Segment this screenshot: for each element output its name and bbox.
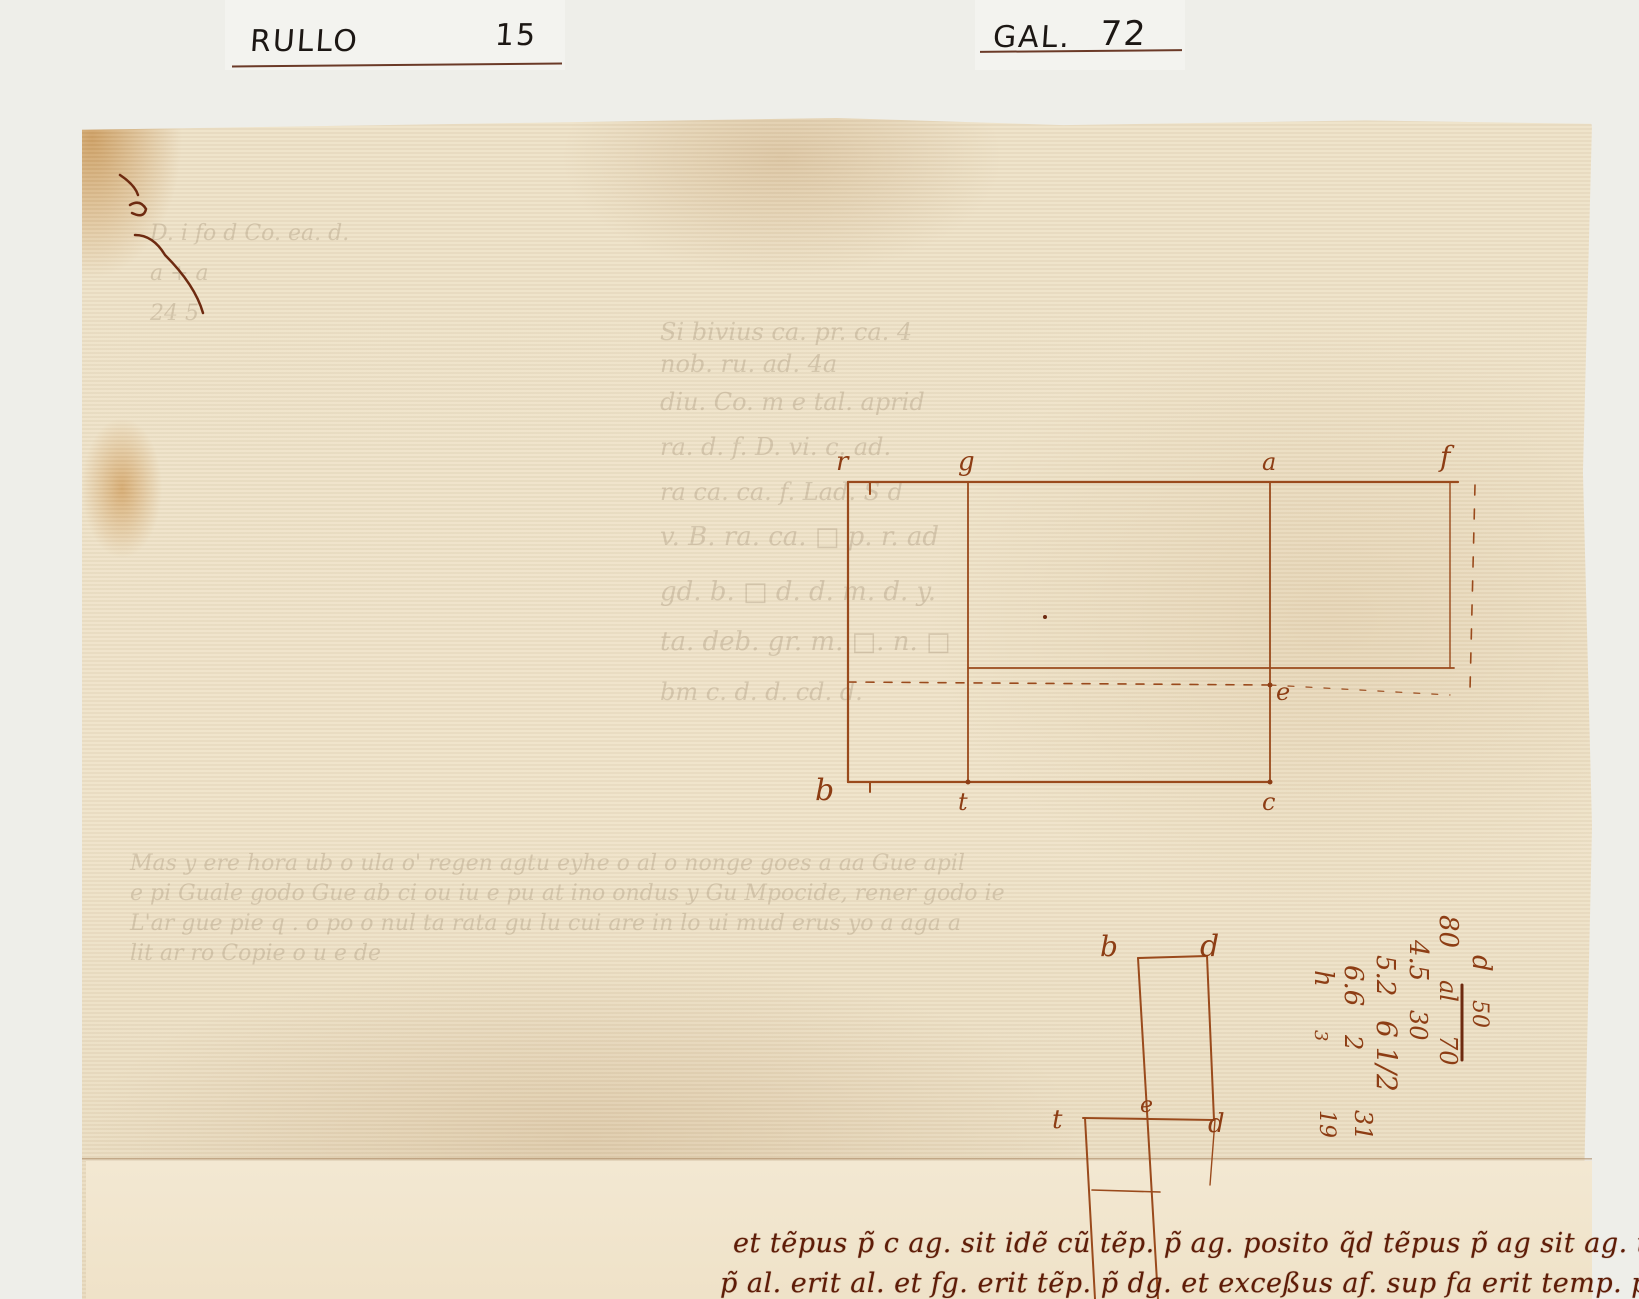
svg-text:h: h [1308,970,1338,987]
label-g: g [958,447,975,477]
svg-text:gd. b. □ d. d. m. d. y.: gd. b. □ d. d. m. d. y. [660,577,936,607]
calculation-notes: h 3 6.6 2 5.2 6 1/2 4.5 30 80 al 70 d 50… [1308,915,1496,1141]
svg-text:lit ar ro Copie o u e de: lit ar ro Copie o u e de [130,941,381,966]
label-small-t: t [1052,1105,1063,1135]
manuscript-text-line-2: p̃ al. erit al. et fg. erit tẽp. p̃ dg. … [720,1268,1639,1299]
svg-text:diu. Co. m e tal. aprid: diu. Co. m e tal. aprid [660,388,925,416]
svg-text:ra. d. f. D. vi. c. ad.: ra. d. f. D. vi. c. ad. [660,433,891,461]
manuscript-ink-layer: Si bivius ca. pr. ca. 4 nob. ru. ad. 4a … [0,0,1639,1299]
svg-text:v. B. ra. ca. □ p. r. ad: v. B. ra. ca. □ p. r. ad [660,522,939,552]
label-e: e [1276,678,1290,706]
bleed-through-text: Si bivius ca. pr. ca. 4 nob. ru. ad. 4a … [129,221,1005,966]
label-c: c [1262,788,1275,816]
svg-text:80: 80 [1433,915,1463,948]
svg-text:Si bivius ca. pr. ca. 4: Si bivius ca. pr. ca. 4 [660,318,912,346]
svg-text:6.6: 6.6 [1338,965,1368,1006]
svg-text:31: 31 [1349,1110,1377,1141]
label-small-e: e [1140,1093,1153,1118]
svg-text:4.5: 4.5 [1403,939,1433,981]
svg-text:al: al [1434,980,1462,1002]
svg-text:Mas y ere hora ub o ula o' reg: Mas y ere hora ub o ula o' regen agtu ey… [129,851,965,876]
label-small-b: b [1100,930,1118,963]
svg-text:L'ar gue pie q . o po o nul ta: L'ar gue pie q . o po o nul ta rata gu l… [129,911,961,936]
label-small-d: d [1200,929,1219,964]
svg-text:d: d [1466,955,1496,972]
svg-text:2: 2 [1339,1034,1367,1050]
svg-text:e pi Guale godo Gue ab ci ou i: e pi Guale godo Gue ab ci ou iu e pu at … [130,881,1005,906]
label-f: f [1438,440,1455,473]
svg-text:a + a: a + a [150,261,209,286]
svg-text:30: 30 [1404,1010,1432,1041]
svg-text:70: 70 [1434,1035,1462,1066]
svg-text:D. i fo d Co. ea. d.: D. i fo d Co. ea. d. [149,221,349,246]
label-r: r [836,447,850,477]
svg-text:nob. ru. ad. 4a: nob. ru. ad. 4a [660,350,837,378]
label-b: b [815,773,834,808]
svg-text:24 5: 24 5 [149,301,199,326]
svg-text:5.2: 5.2 [1370,955,1400,996]
svg-text:3: 3 [1310,1030,1331,1041]
label-a: a [1262,448,1276,476]
svg-text:6 1/2: 6 1/2 [1370,1020,1403,1092]
svg-text:50: 50 [1467,1000,1492,1028]
svg-text:ta. deb. gr. m. □. n. □: ta. deb. gr. m. □. n. □ [660,627,951,657]
svg-text:19: 19 [1314,1110,1339,1138]
label-t: t [958,788,968,816]
svg-text:bm c. d. d. cd. d.: bm c. d. d. cd. d. [660,678,863,706]
label-small-d2: d [1208,1109,1225,1139]
manuscript-text-line-1: et tẽpus p̃ c ag. sit idẽ cũ tẽp. p̃ ag.… [733,1228,1639,1259]
